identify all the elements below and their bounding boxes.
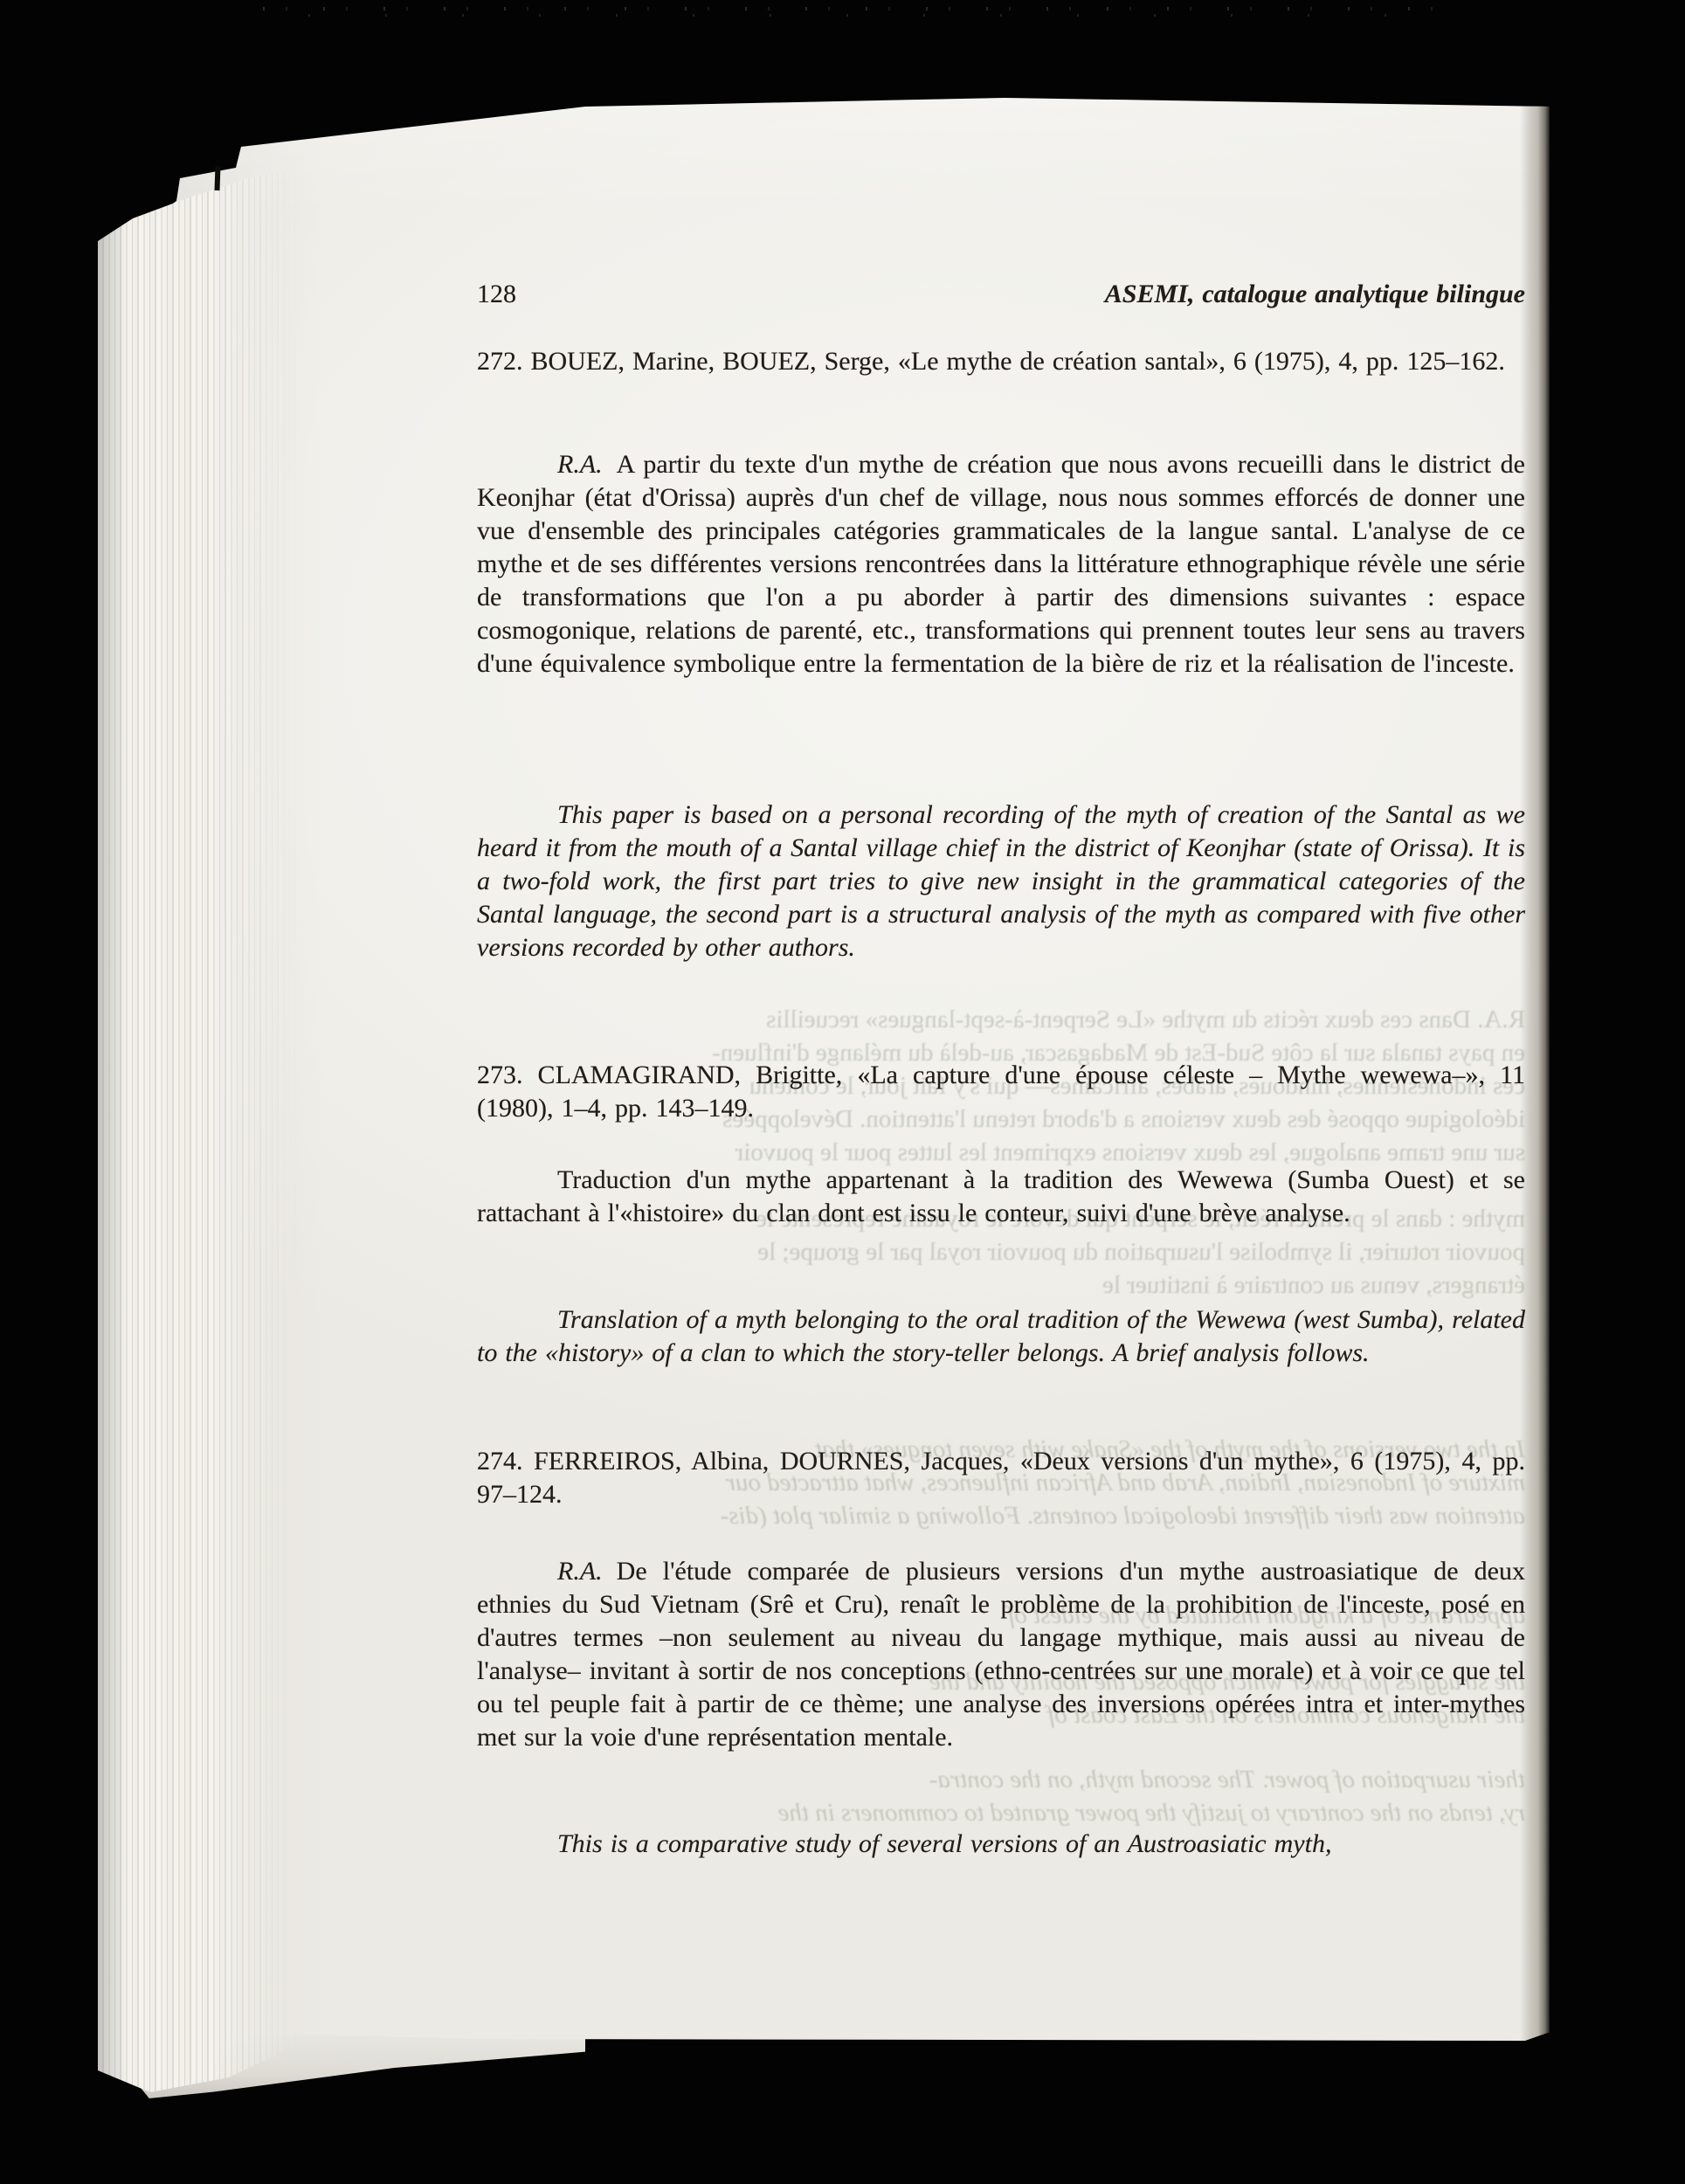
entry-272-abstract-en: This paper is based on a personal record… <box>477 798 1525 964</box>
entry-272-abstract-fr: R.A.A partir du texte d'un mythe de créa… <box>477 448 1525 681</box>
entry-274-abstract-en: This is a comparative study of several v… <box>477 1828 1525 1861</box>
entry-274-abstract-fr: R.A.De l'étude comparée de plusieurs ver… <box>477 1555 1525 1754</box>
abstract-fr-text: A partir du texte d'un mythe de création… <box>477 450 1525 678</box>
page-number: 128 <box>477 278 516 311</box>
page-text: 128 ASEMI, catalogue analytique bilingue… <box>0 0 1685 2184</box>
scanned-book-photo: R.A. Dans ces deux récits du mythe «Le S… <box>0 0 1685 2184</box>
entry-274-citation: 274. FERREIROS, Albina, DOURNES, Jacques… <box>477 1445 1525 1511</box>
entry-273-abstract-en: Translation of a myth belonging to the o… <box>477 1303 1525 1370</box>
abstract-fr-text: De l'étude comparée de plusieurs version… <box>477 1557 1525 1752</box>
entry-272-citation: 272. BOUEZ, Marine, BOUEZ, Serge, «Le my… <box>477 345 1525 378</box>
entry-273-abstract-fr: Traduction d'un mythe appartenant à la t… <box>477 1164 1525 1230</box>
resume-auteur-label: R.A. <box>557 450 603 479</box>
resume-auteur-label: R.A. <box>557 1557 603 1586</box>
page-header: 128 ASEMI, catalogue analytique bilingue <box>477 278 1525 311</box>
entry-273-citation: 273. CLAMAGIRAND, Brigitte, «La capture … <box>477 1059 1525 1125</box>
running-header: ASEMI, catalogue analytique bilingue <box>1105 278 1525 311</box>
